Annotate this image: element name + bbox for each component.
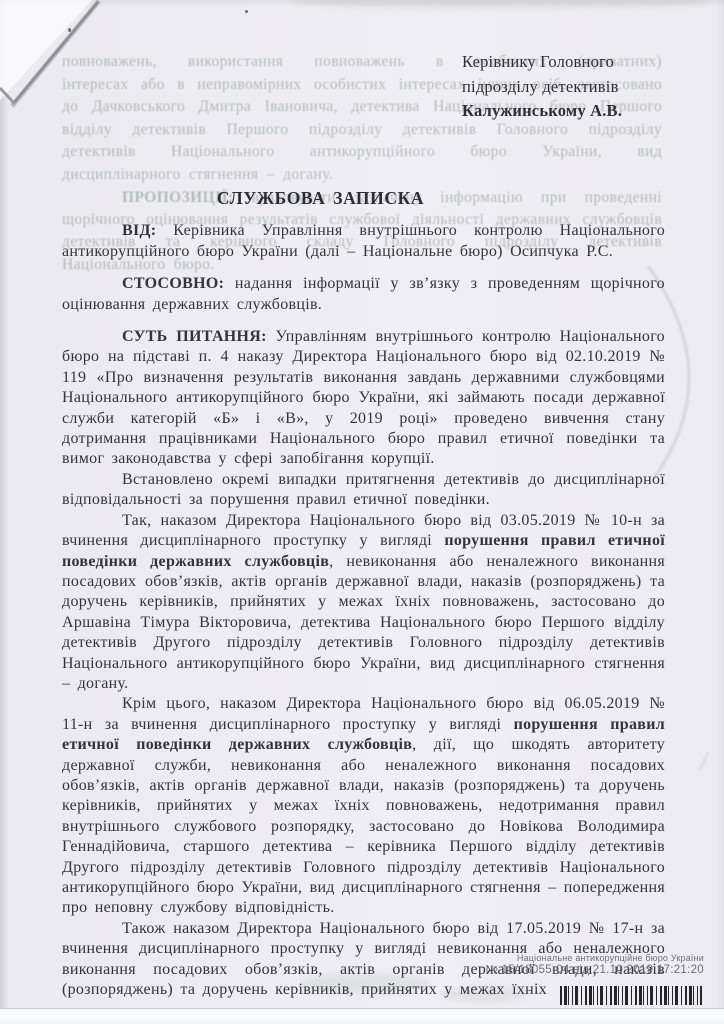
page-title: СЛУЖБОВА ЗАПИСКА (62, 188, 579, 208)
doc-paragraph: СУТЬ ПИТАННЯ: Управлінням внутрішнього к… (62, 327, 665, 470)
scan-speck (68, 28, 71, 32)
addressee-line: Калужинському А.В. (462, 99, 622, 124)
scanned-page: повноважень, використання повноважень в … (0, 0, 724, 1024)
doc-body: ВІД: Керівника Управління внутрішнього к… (62, 221, 665, 1000)
registration-stamp: Національне антикорупційне бюро України … (486, 953, 705, 976)
doc-paragraph: Крім цього, наказом Директора Національн… (62, 694, 665, 918)
doc-paragraph: СТОСОВНО: надання інформації у зв’язку з… (62, 274, 665, 315)
stamp-number-line: № 15/18055-04 від 21.10.2019 17:21:20 (486, 964, 705, 976)
addressee-block: Керівнику Головногопідрозділу детективів… (462, 50, 622, 124)
addressee-line: Керівнику Головного (462, 50, 622, 75)
stamp-org-line: Національне антикорупційне бюро України (486, 953, 705, 963)
page-fold-corner (0, 0, 140, 130)
scanner-edge-strip (0, 1008, 724, 1024)
doc-paragraph: Встановлено окремі випадки притягнення д… (62, 470, 665, 511)
document-body-wrap: СЛУЖБОВА ЗАПИСКА ВІД: Керівника Управлін… (62, 188, 665, 1000)
doc-paragraph: ВІД: Керівника Управління внутрішнього к… (62, 221, 665, 262)
barcode (560, 986, 702, 1005)
scan-speck (245, 10, 248, 13)
addressee-line: підрозділу детективів (462, 75, 622, 100)
doc-paragraph: Так, наказом Директора Національного бюр… (62, 511, 665, 695)
